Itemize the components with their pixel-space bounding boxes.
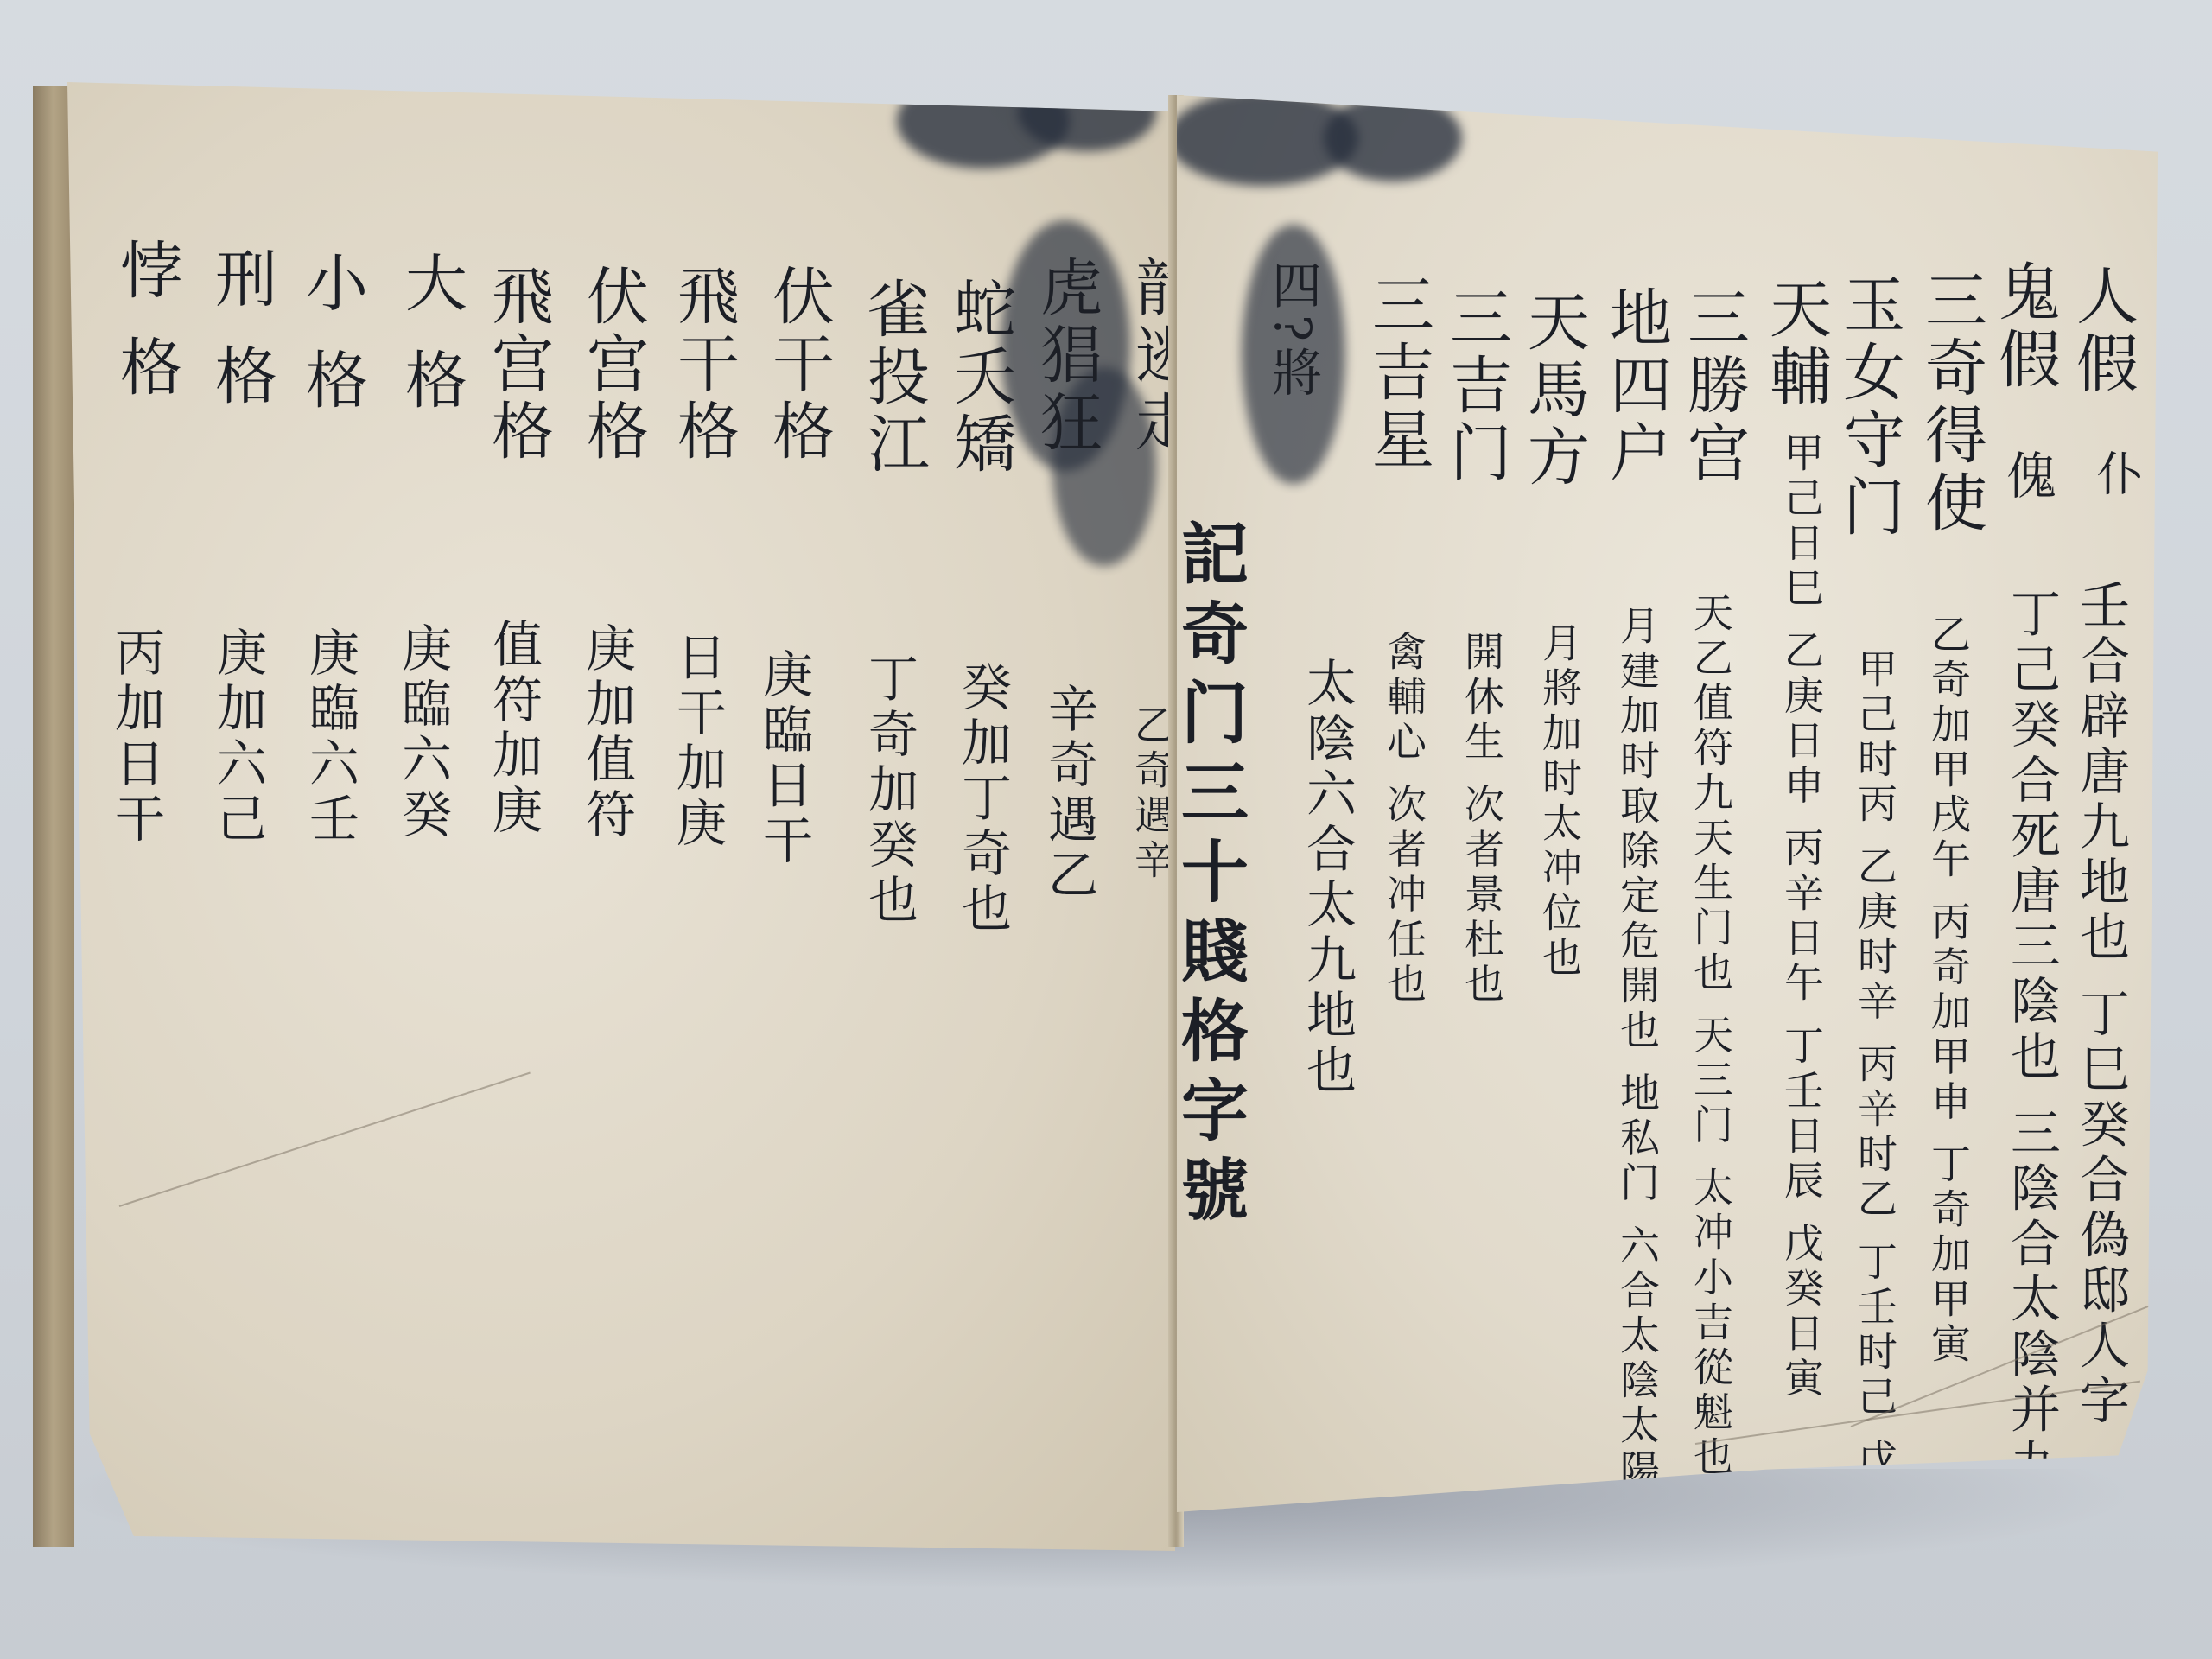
right-note-2: 丁己癸合死唐三陰也 三陰合太陰并九地 bbox=[2006, 588, 2056, 1512]
left-heading-2: 虎猖狂 bbox=[1035, 255, 1097, 457]
right-heading-gui-jia: 鬼假 bbox=[1993, 259, 2056, 394]
book-page-edges bbox=[33, 86, 74, 1547]
left-note-9: 庚臨六癸 bbox=[397, 622, 448, 843]
left-heading-4: 雀投江 bbox=[862, 276, 925, 479]
right-heading-san-ji-xing: 三吉星 bbox=[1367, 272, 1429, 474]
left-note-11: 庚加六己 bbox=[213, 626, 263, 848]
right-note-8: 月將加时太冲位也 bbox=[1540, 622, 1580, 982]
left-note-10: 庚臨六壬 bbox=[305, 626, 355, 848]
open-manuscript-book: 龍逃走 虎猖狂 蛇夭矯 雀投江 伏干格 飛干格 伏宫格 飛宫格 大格 小格 刑格… bbox=[0, 0, 2212, 1659]
right-note-11: 太陰六合太九地也 bbox=[1302, 657, 1352, 1099]
left-heading-8: 飛宫格 bbox=[486, 264, 549, 466]
right-heading-di-si-hu: 地四户 bbox=[1605, 285, 1667, 487]
left-heading-6: 飛干格 bbox=[672, 264, 734, 466]
right-heading-yu-nv-shou-men: 玉女守门 bbox=[1838, 272, 1900, 542]
left-note-5: 庚臨日干 bbox=[759, 648, 809, 869]
right-heading-san-ji-men: 三吉门 bbox=[1445, 285, 1507, 487]
right-heading-partial: 四?將 bbox=[1268, 259, 1318, 402]
left-note-4: 丁奇加癸也 bbox=[864, 652, 914, 929]
left-note-1: 乙奇遇辛 bbox=[1132, 704, 1172, 884]
ink-stain bbox=[1324, 95, 1462, 181]
right-note-1: 壬合辟唐九地也 丁巳癸合偽邸人字 bbox=[2075, 579, 2126, 1429]
right-heading-tail-1: 仆 bbox=[2093, 449, 2139, 501]
right-heading-san-sheng-gong: 三勝宫 bbox=[1682, 285, 1745, 487]
left-note-12: 丙加日干 bbox=[111, 626, 161, 848]
right-note-4: 甲己时丙 乙庚时辛 丙辛时乙 丁壬时己 戊癸时壬 bbox=[1855, 648, 1895, 1512]
left-note-8: 值符加庚 bbox=[488, 618, 538, 839]
left-heading-12: 悖格 bbox=[115, 238, 177, 431]
right-note-5: 甲己日巳 乙庚日申 丙辛日午 丁壬日辰 戊癸日寅 bbox=[1782, 432, 1821, 1402]
right-note-10: 禽輔心 次者冲任也 bbox=[1384, 631, 1424, 1008]
left-heading-5: 伏干格 bbox=[767, 264, 829, 466]
left-note-6: 日干加庚 bbox=[672, 631, 722, 852]
right-heading-san-qi-de-shi: 三奇得使 bbox=[1920, 268, 1982, 537]
right-heading-tian-ma-fang: 天馬方 bbox=[1522, 289, 1585, 492]
right-note-9: 開休生 次者景杜也 bbox=[1462, 631, 1502, 1008]
right-heading-tail-2: 傀 bbox=[2002, 449, 2052, 505]
left-heading-11: 刑格 bbox=[210, 246, 272, 440]
left-note-7: 庚加值符 bbox=[582, 622, 632, 843]
right-page: 記奇门三十賤格字號 四?將 人假 仆 鬼假 傀 三奇得使 玉女守门 天輔 三勝宫… bbox=[1177, 95, 2158, 1512]
paper-crease bbox=[119, 1072, 531, 1207]
right-note-3: 乙奇加甲戌午 丙奇加甲申 丁奇加甲寅 bbox=[1929, 613, 1968, 1368]
left-note-2: 辛奇遇乙 bbox=[1044, 683, 1094, 904]
left-page: 龍逃走 虎猖狂 蛇夭矯 雀投江 伏干格 飛干格 伏宫格 飛宫格 大格 小格 刑格… bbox=[67, 82, 1175, 1551]
book-section-title: 記奇门三十賤格字號 bbox=[1177, 518, 1243, 1234]
left-heading-9: 大格 bbox=[400, 251, 462, 444]
right-heading-tian-fu: 天輔 bbox=[1764, 276, 1827, 411]
left-heading-7: 伏宫格 bbox=[582, 264, 644, 466]
right-heading-ren-jia: 人假 bbox=[2071, 264, 2133, 398]
left-note-3: 癸加丁奇也 bbox=[957, 661, 1007, 938]
left-heading-10: 小格 bbox=[301, 251, 363, 444]
left-heading-3: 蛇夭矯 bbox=[949, 276, 1011, 479]
right-note-6: 天乙值符九天生门也 天三门 太冲小吉從魁也 bbox=[1691, 592, 1731, 1481]
right-note-7: 月建加时取除定危開也 地私门 六合太陰太陽也 bbox=[1618, 605, 1657, 1512]
